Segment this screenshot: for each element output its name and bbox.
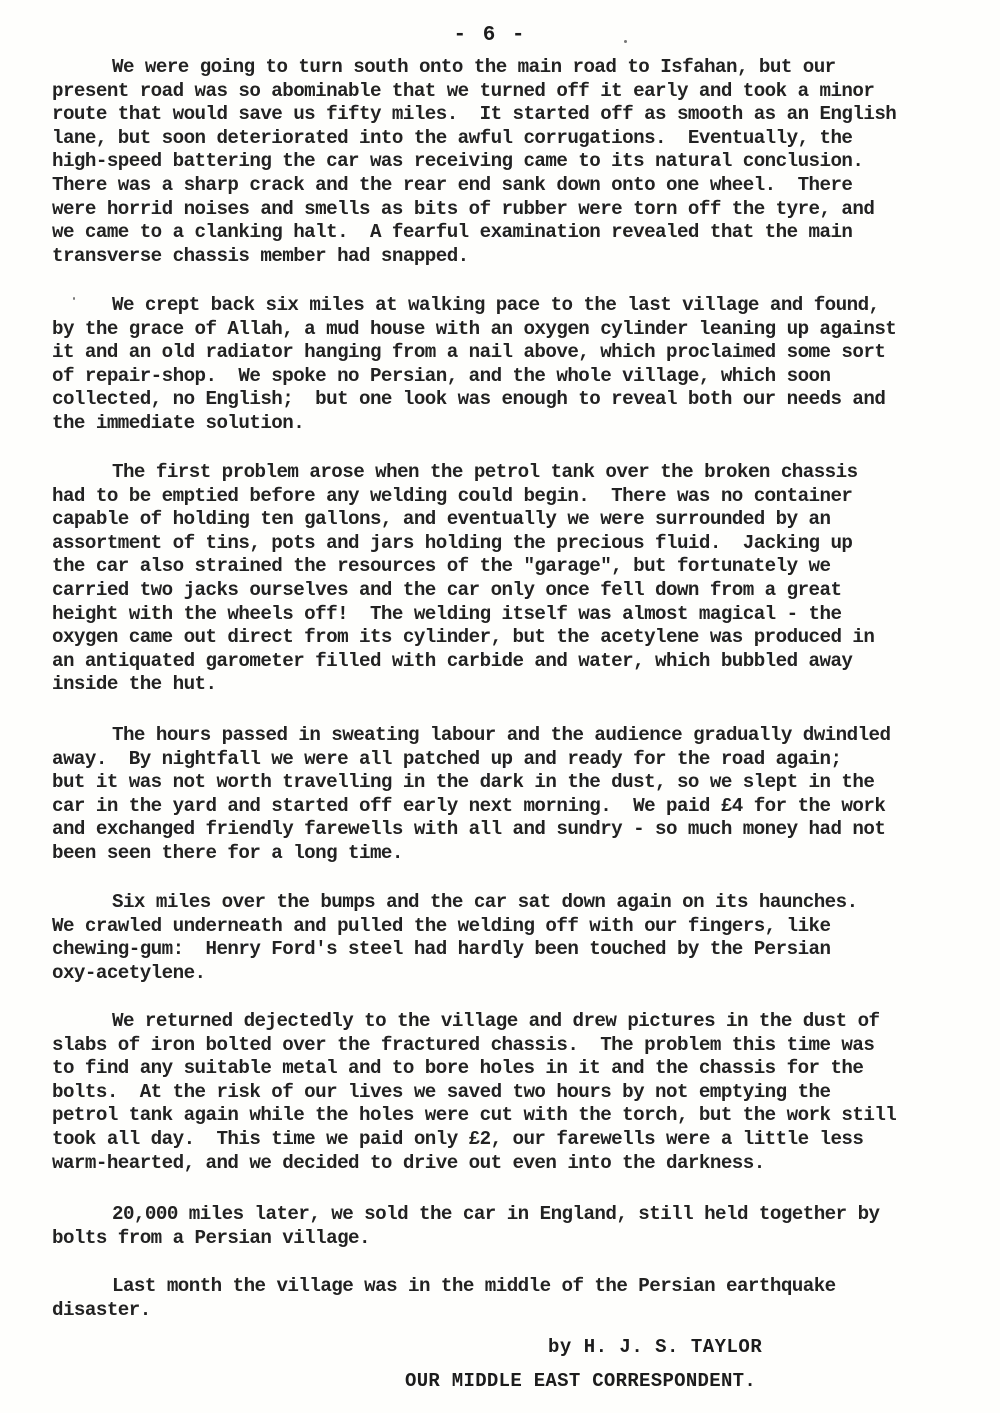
text-line: Six miles over the bumps and the car sat…	[52, 891, 982, 915]
text-line: carried two jacks ourselves and the car …	[52, 579, 982, 603]
paragraph: We crept back six miles at walking pace …	[52, 294, 982, 436]
text-line: inside the hut.	[52, 673, 982, 697]
text-line: were horrid noises and smells as bits of…	[52, 198, 982, 222]
text-line: been seen there for a long time.	[52, 842, 982, 866]
text-line: bolts from a Persian village.	[52, 1227, 982, 1251]
text-line: The hours passed in sweating labour and …	[52, 724, 982, 748]
text-line: but it was not worth travelling in the d…	[52, 771, 982, 795]
paragraph: 20,000 miles later, we sold the car in E…	[52, 1203, 982, 1250]
text-line: The first problem arose when the petrol …	[52, 461, 982, 485]
text-line: of repair-shop. We spoke no Persian, and…	[52, 365, 982, 389]
text-line: took all day. This time we paid only £2,…	[52, 1128, 982, 1152]
text-line: height with the wheels off! The welding …	[52, 603, 982, 627]
text-line: had to be emptied before any welding cou…	[52, 485, 982, 509]
text-line: by the grace of Allah, a mud house with …	[52, 318, 982, 342]
text-line: warm-hearted, and we decided to drive ou…	[52, 1152, 982, 1176]
paragraph: The hours passed in sweating labour and …	[52, 724, 982, 866]
text-line: We crawled underneath and pulled the wel…	[52, 915, 982, 939]
document-page: - 6 - We were going to turn south onto t…	[0, 0, 1000, 1413]
paragraph: We returned dejectedly to the village an…	[52, 1010, 982, 1175]
author-title: OUR MIDDLE EAST CORRESPONDENT.	[405, 1370, 756, 1392]
text-line: We were going to turn south onto the mai…	[52, 56, 982, 80]
text-line: capable of holding ten gallons, and even…	[52, 508, 982, 532]
text-line: and exchanged friendly farewells with al…	[52, 818, 982, 842]
text-line: oxygen came out direct from its cylinder…	[52, 626, 982, 650]
text-line: present road was so abominable that we t…	[52, 80, 982, 104]
text-line: the immediate solution.	[52, 412, 982, 436]
text-line: we came to a clanking halt. A fearful ex…	[52, 221, 982, 245]
author-signature: by H. J. S. TAYLOR	[548, 1336, 762, 1358]
text-line: slabs of iron bolted over the fractured …	[52, 1034, 982, 1058]
paragraph: Last month the village was in the middle…	[52, 1275, 982, 1322]
text-line: to find any suitable metal and to bore h…	[52, 1057, 982, 1081]
text-line: petrol tank again while the holes were c…	[52, 1104, 982, 1128]
text-line: oxy-acetylene.	[52, 962, 982, 986]
text-line: 20,000 miles later, we sold the car in E…	[52, 1203, 982, 1227]
paragraph: We were going to turn south onto the mai…	[52, 56, 982, 268]
page-number: - 6 -	[0, 24, 980, 47]
text-line: away. By nightfall we were all patched u…	[52, 748, 982, 772]
paragraph: The first problem arose when the petrol …	[52, 461, 982, 697]
text-line: assortment of tins, pots and jars holdin…	[52, 532, 982, 556]
text-line: high-speed battering the car was receivi…	[52, 150, 982, 174]
text-line: We returned dejectedly to the village an…	[52, 1010, 982, 1034]
text-line: route that would save us fifty miles. It…	[52, 103, 982, 127]
paragraph: Six miles over the bumps and the car sat…	[52, 891, 982, 985]
text-line: transverse chassis member had snapped.	[52, 245, 982, 269]
text-line: disaster.	[52, 1299, 982, 1323]
text-line: lane, but soon deteriorated into the awf…	[52, 127, 982, 151]
text-line: collected, no English; but one look was …	[52, 388, 982, 412]
text-line: an antiquated garometer filled with carb…	[52, 650, 982, 674]
text-line: bolts. At the risk of our lives we saved…	[52, 1081, 982, 1105]
text-line: We crept back six miles at walking pace …	[52, 294, 982, 318]
text-line: There was a sharp crack and the rear end…	[52, 174, 982, 198]
text-line: chewing-gum: Henry Ford's steel had hard…	[52, 938, 982, 962]
text-line: Last month the village was in the middle…	[52, 1275, 982, 1299]
text-line: it and an old radiator hanging from a na…	[52, 341, 982, 365]
text-line: the car also strained the resources of t…	[52, 555, 982, 579]
text-line: car in the yard and started off early ne…	[52, 795, 982, 819]
